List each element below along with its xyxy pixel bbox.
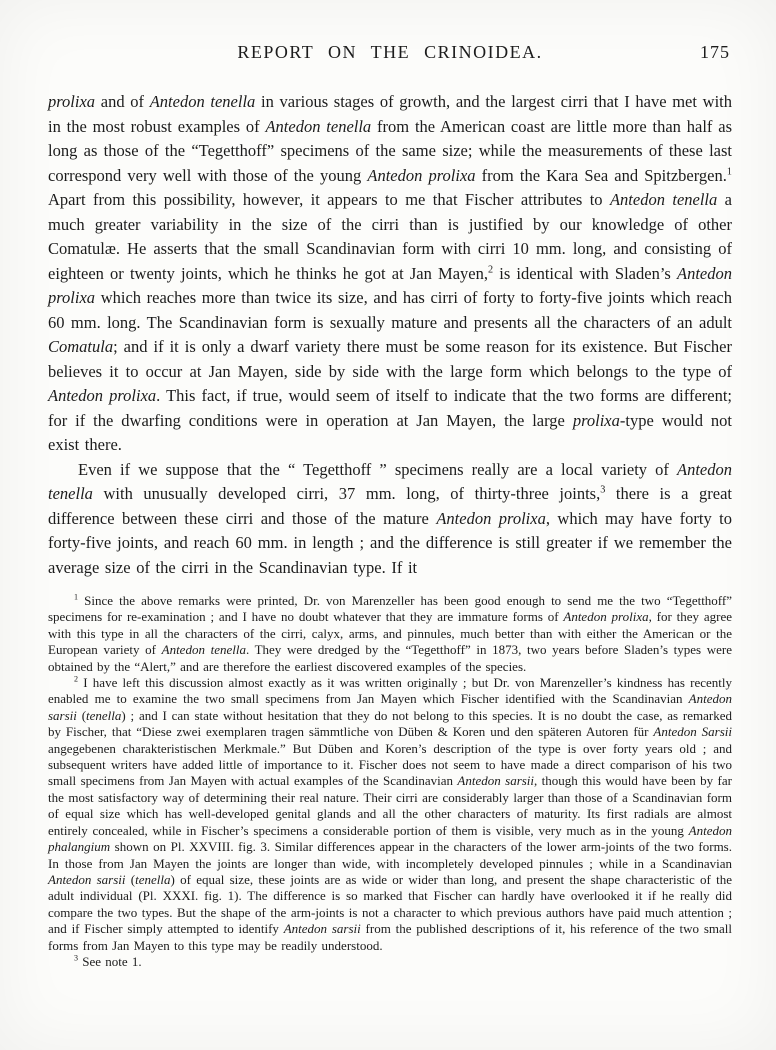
paragraph-1: prolixa and of Antedon tenella in variou…	[48, 90, 732, 458]
footnote-2: 2 I have left this discussion almost exa…	[48, 675, 732, 954]
running-head: REPORT ON THE CRINOIDEA. 175	[48, 42, 732, 66]
footnote-1: 1 Since the above remarks were printed, …	[48, 593, 732, 675]
footnote-1-text: Since the above remarks were printed, Dr…	[48, 593, 732, 674]
footnote-3-text: See note 1.	[82, 954, 141, 969]
footnote-2-marker: 2	[74, 675, 78, 684]
footnotes-section: 1 Since the above remarks were printed, …	[48, 593, 732, 970]
paragraph-2: Even if we suppose that the “ Tegetthoff…	[48, 458, 732, 581]
footnote-3-marker: 3	[74, 954, 78, 963]
footnote-3: 3 See note 1.	[48, 954, 732, 970]
document-page: REPORT ON THE CRINOIDEA. 175 prolixa and…	[0, 0, 776, 1050]
body-text: prolixa and of Antedon tenella in variou…	[48, 90, 732, 580]
footnote-2-text: I have left this discussion almost exact…	[48, 675, 732, 953]
running-title: REPORT ON THE CRINOIDEA.	[48, 42, 732, 63]
page-number: 175	[700, 42, 730, 63]
footnote-1-marker: 1	[74, 593, 78, 602]
